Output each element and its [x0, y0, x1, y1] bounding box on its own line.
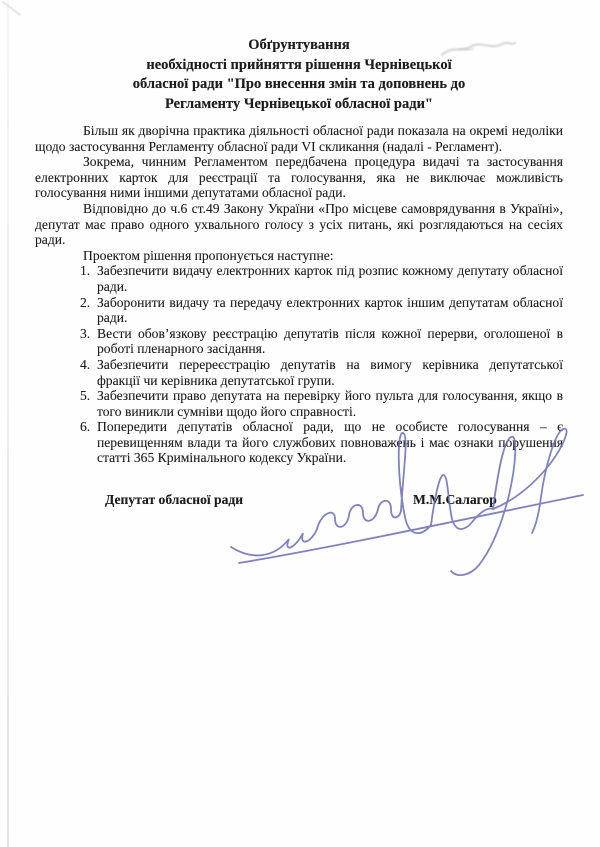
paragraph: Відповідно до ч.6 ст.49 Закону України «… — [35, 201, 563, 248]
signatory-name: М.М.Салагор — [413, 492, 497, 508]
list-item: 2. Заборонити видачу та передачу електро… — [35, 295, 563, 326]
document-title: Обґрунтування необхідності прийняття ріш… — [35, 36, 563, 114]
list-text: Забезпечити право депутата на перевірку … — [97, 388, 563, 419]
document-body: Більш як дворічна практика діяльності об… — [35, 123, 563, 466]
title-line-1: Обґрунтування — [35, 36, 563, 56]
list-number: 2. — [80, 295, 90, 311]
list-text: Заборонити видачу та передачу електронни… — [97, 295, 563, 326]
list-text: Попередити депутатів обласної ради, що н… — [97, 419, 563, 465]
list-number: 1. — [80, 263, 90, 279]
corner-scan-mark — [0, 0, 26, 20]
list-item: 1. Забезпечити видачу електронних карток… — [35, 263, 563, 294]
paragraph: Більш як дворічна практика діяльності об… — [35, 123, 563, 154]
title-line-4: Регламенту Чернівецької обласної ради" — [35, 95, 563, 115]
scanned-document-page: Обґрунтування необхідності прийняття ріш… — [0, 0, 600, 847]
list-number: 6. — [80, 419, 90, 435]
list-text: Вести обов’язкову реєстрацію депутатів п… — [97, 326, 563, 357]
list-number: 5. — [80, 388, 90, 404]
signatory-role: Депутат обласної ради — [105, 492, 243, 508]
list-text: Забезпечити перереєстрацію депутатів на … — [97, 357, 563, 388]
list-number: 3. — [80, 326, 90, 342]
list-item: 4. Забезпечити перереєстрацію депутатів … — [35, 357, 563, 388]
list-item: 5. Забезпечити право депутата на перевір… — [35, 388, 563, 419]
list-item: 3. Вести обов’язкову реєстрацію депутаті… — [35, 326, 563, 357]
list-number: 4. — [80, 357, 90, 373]
title-line-2: необхідності прийняття рішення Чернівець… — [35, 56, 563, 76]
paragraph: Зокрема, чинним Регламентом передбачена … — [35, 154, 563, 201]
list-item: 6. Попередити депутатів обласної ради, щ… — [35, 419, 563, 466]
signature-block: Депутат обласної ради М.М.Салагор — [35, 492, 563, 552]
title-line-3: обласної ради "Про внесення змін та допо… — [35, 75, 563, 95]
list-text: Забезпечити видачу електронних карток пі… — [97, 263, 563, 294]
scan-edge-artifact — [7, 0, 9, 847]
list-intro: Проектом рішення пропонується наступне: — [35, 248, 563, 264]
document-content: Обґрунтування необхідності прийняття ріш… — [35, 36, 563, 552]
